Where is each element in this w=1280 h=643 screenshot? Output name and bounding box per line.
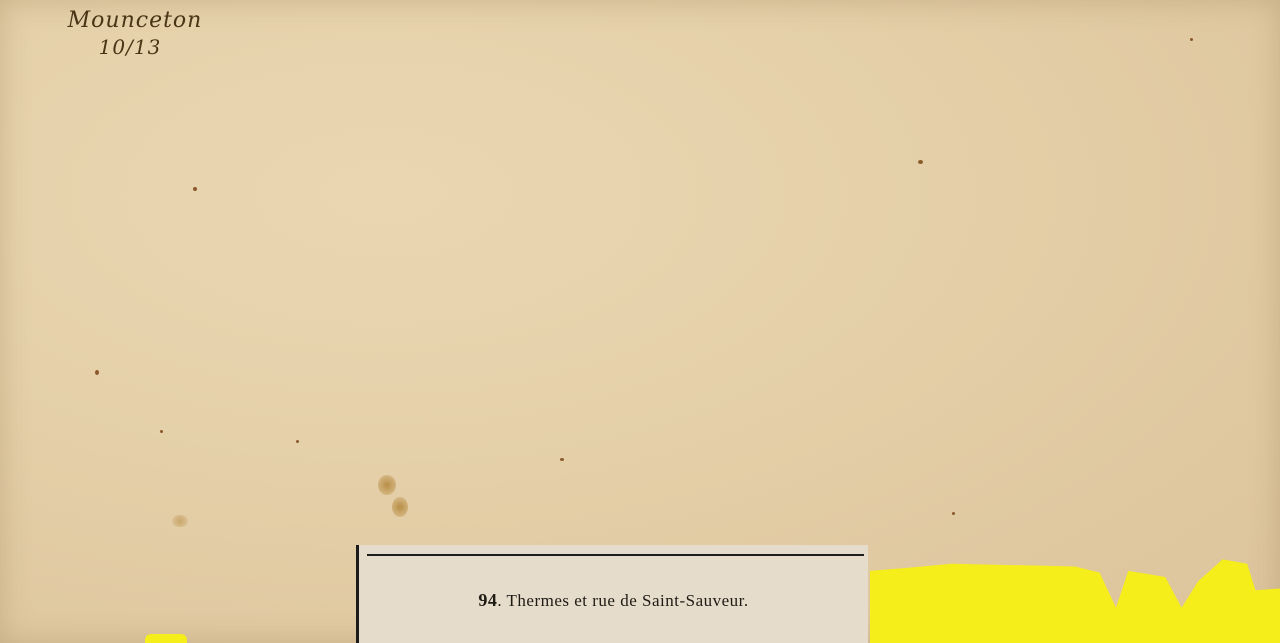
- label-title: . Thermes et rue de Saint-Sauveur.: [497, 591, 748, 610]
- speck: [952, 512, 955, 515]
- yellow-paint-spot: [145, 634, 187, 643]
- label-rule: [367, 554, 864, 556]
- stain: [392, 497, 408, 517]
- handwriting-line-1: Mounceton: [68, 8, 203, 33]
- yellow-paint-smear: [870, 555, 1280, 643]
- stereo-card-back: Mounceton 10/13 94. Thermes et rue de Sa…: [0, 0, 1280, 643]
- speck: [560, 458, 564, 461]
- speck: [1190, 38, 1193, 41]
- label-number: 94: [478, 590, 497, 610]
- label-caption: 94. Thermes et rue de Saint-Sauveur.: [359, 590, 868, 611]
- printed-label: 94. Thermes et rue de Saint-Sauveur.: [356, 545, 868, 643]
- speck: [918, 160, 923, 164]
- handwriting-line-2: 10/13: [45, 34, 215, 60]
- stain: [378, 475, 396, 495]
- speck: [193, 187, 197, 191]
- speck: [296, 440, 299, 443]
- speck: [160, 430, 163, 433]
- handwritten-note: Mounceton 10/13: [55, 8, 215, 60]
- speck: [95, 370, 99, 375]
- stain: [172, 515, 188, 527]
